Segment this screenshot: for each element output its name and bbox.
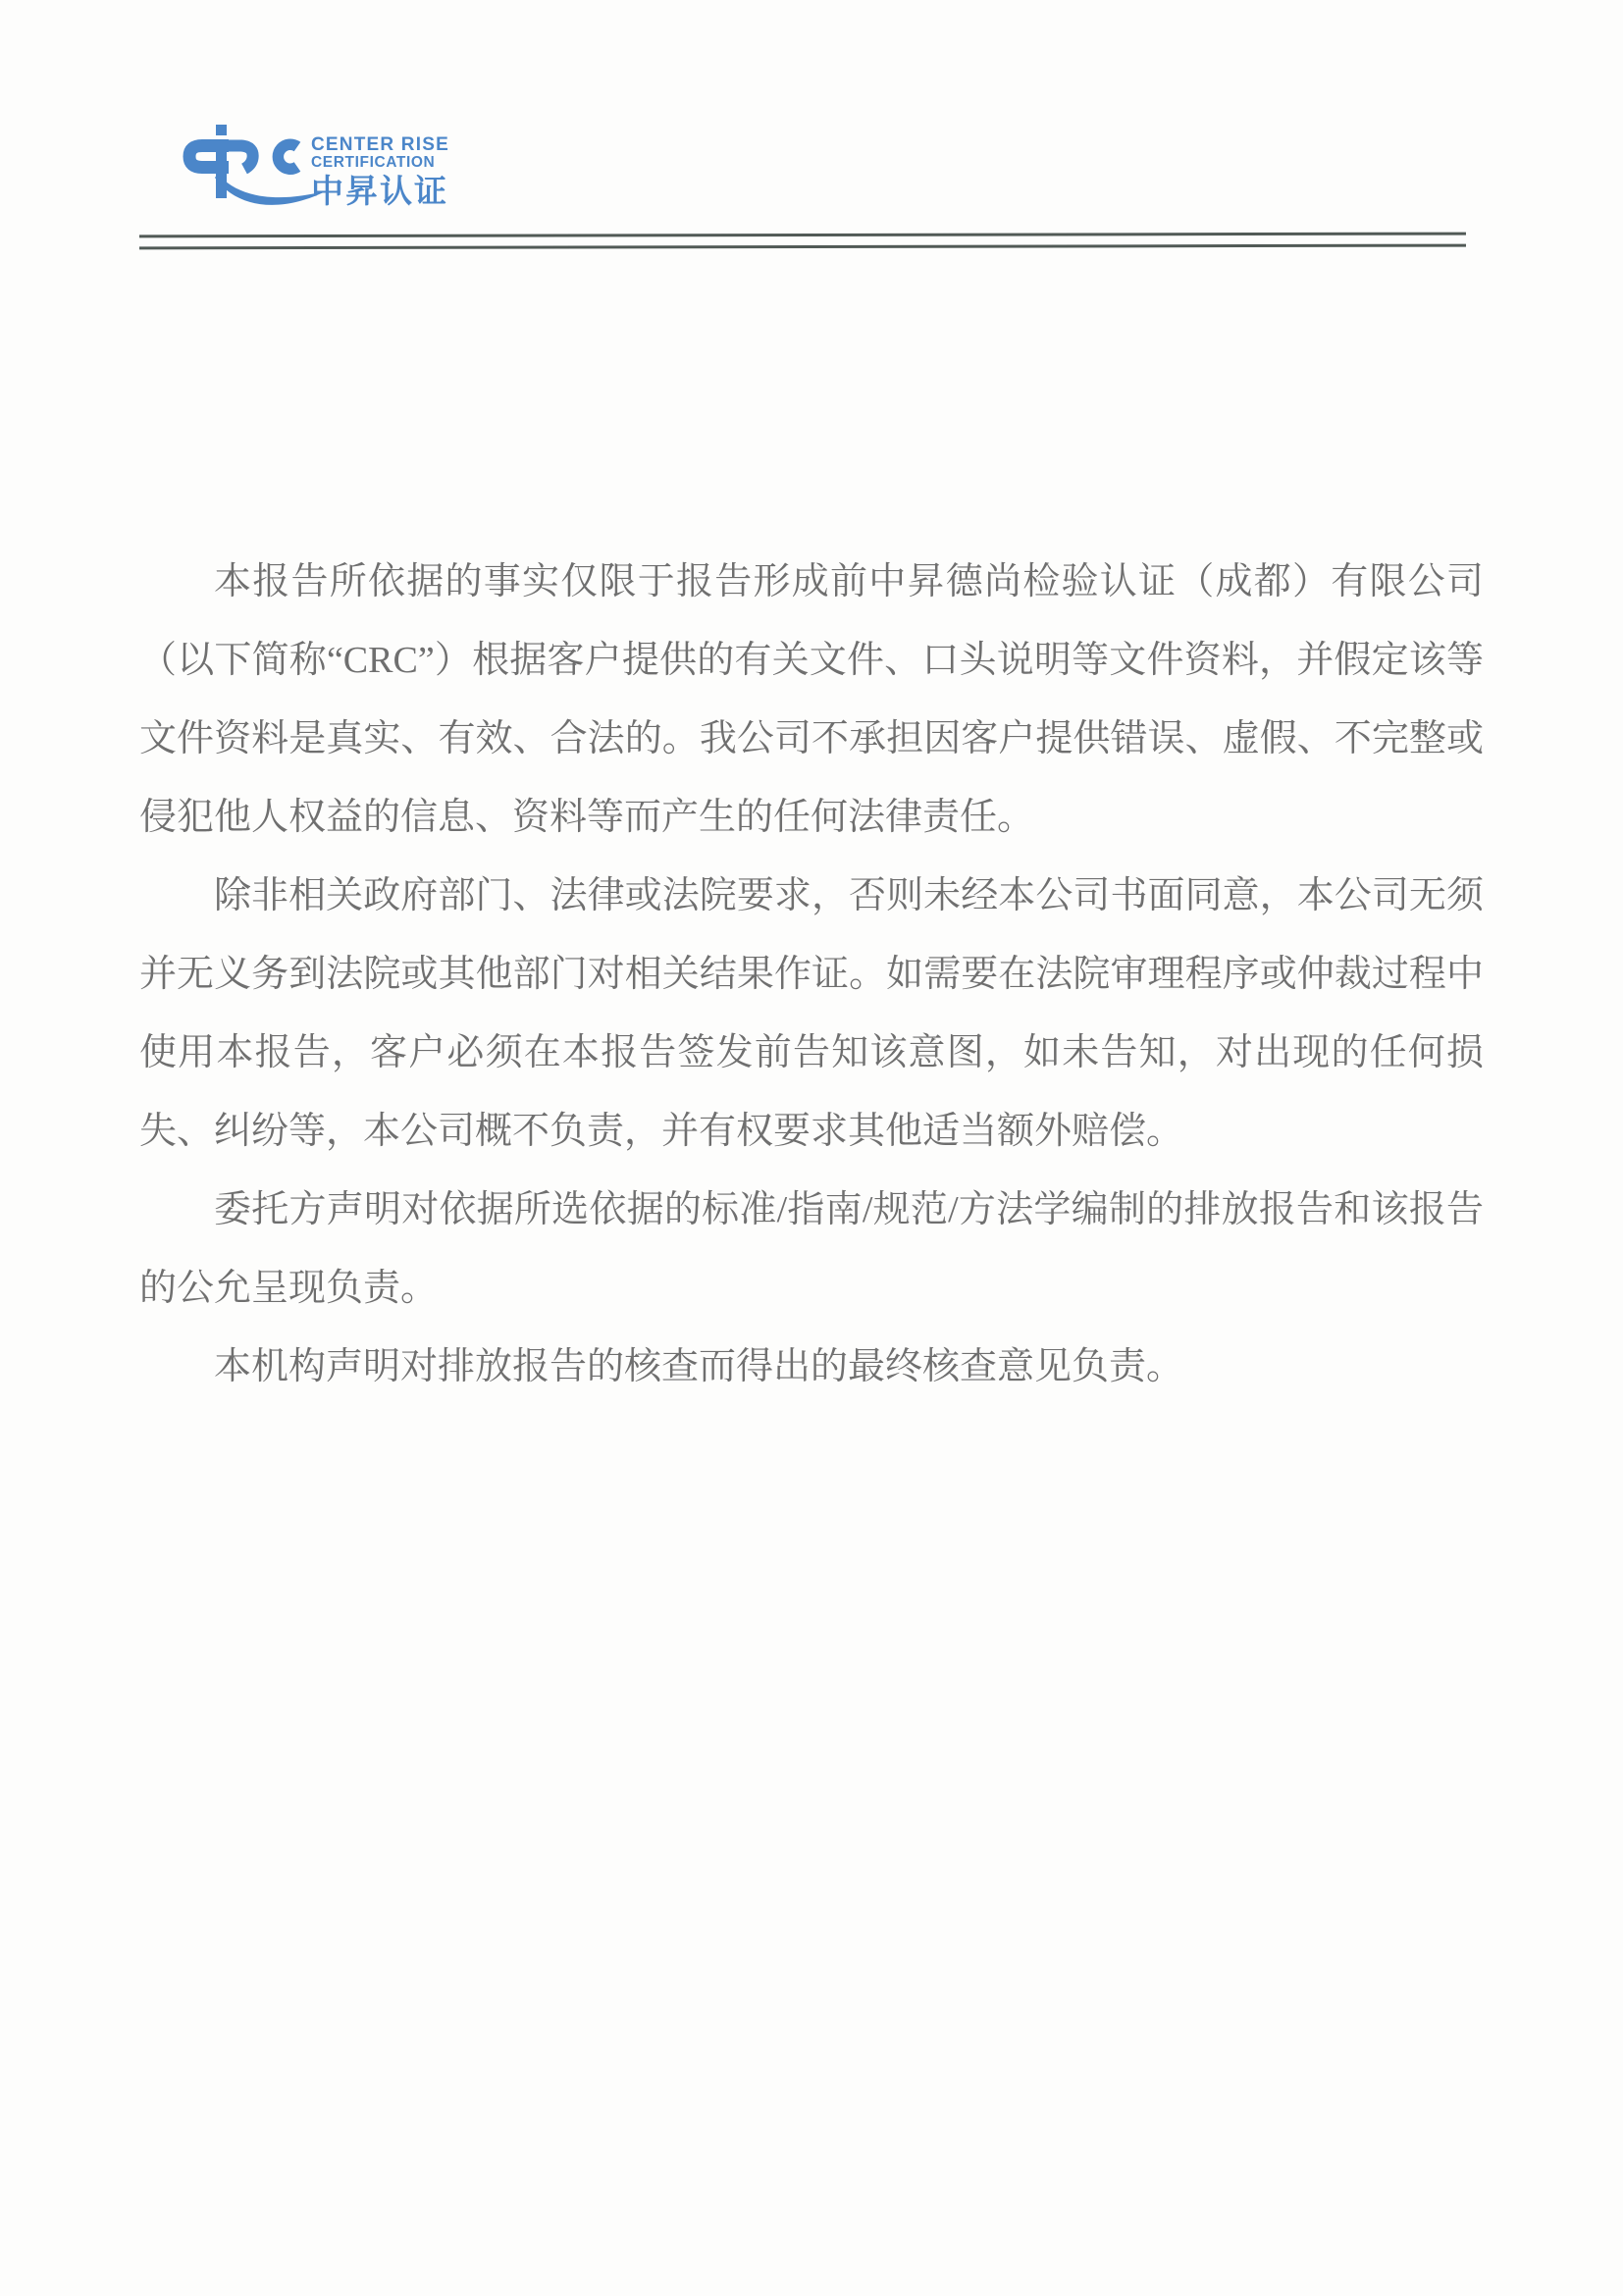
logo-name-en-line1: CENTER RISE: [311, 135, 449, 155]
logo-text-block: CENTER RISE CERTIFICATION 中昇认证: [311, 135, 449, 211]
paragraph-client-declaration: 委托方声明对依据所选依据的标准/指南/规范/方法学编制的排放报告和该报告的公允呈…: [139, 1171, 1484, 1328]
document-body: 本报告所依据的事实仅限于报告形成前中昇德尚检验认证（成都）有限公司（以下简称“C…: [139, 543, 1484, 1406]
logo-name-en-line2: CERTIFICATION: [311, 155, 449, 171]
logo-name-cn: 中昇认证: [311, 172, 449, 211]
paragraph-legal-testimony: 除非相关政府部门、法律或法院要求，否则未经本公司书面同意，本公司无须并无义务到法…: [139, 857, 1484, 1171]
header-divider: [139, 233, 1466, 250]
paragraph-disclaimer-facts: 本报告所依据的事实仅限于报告形成前中昇德尚检验认证（成都）有限公司（以下简称“C…: [139, 543, 1484, 857]
crc-logo: CENTER RISE CERTIFICATION 中昇认证: [183, 125, 575, 213]
document-page: CENTER RISE CERTIFICATION 中昇认证 本报告所依据的事实…: [0, 0, 1623, 2296]
paragraph-verifier-declaration: 本机构声明对排放报告的核查而得出的最终核查意见负责。: [139, 1328, 1484, 1406]
